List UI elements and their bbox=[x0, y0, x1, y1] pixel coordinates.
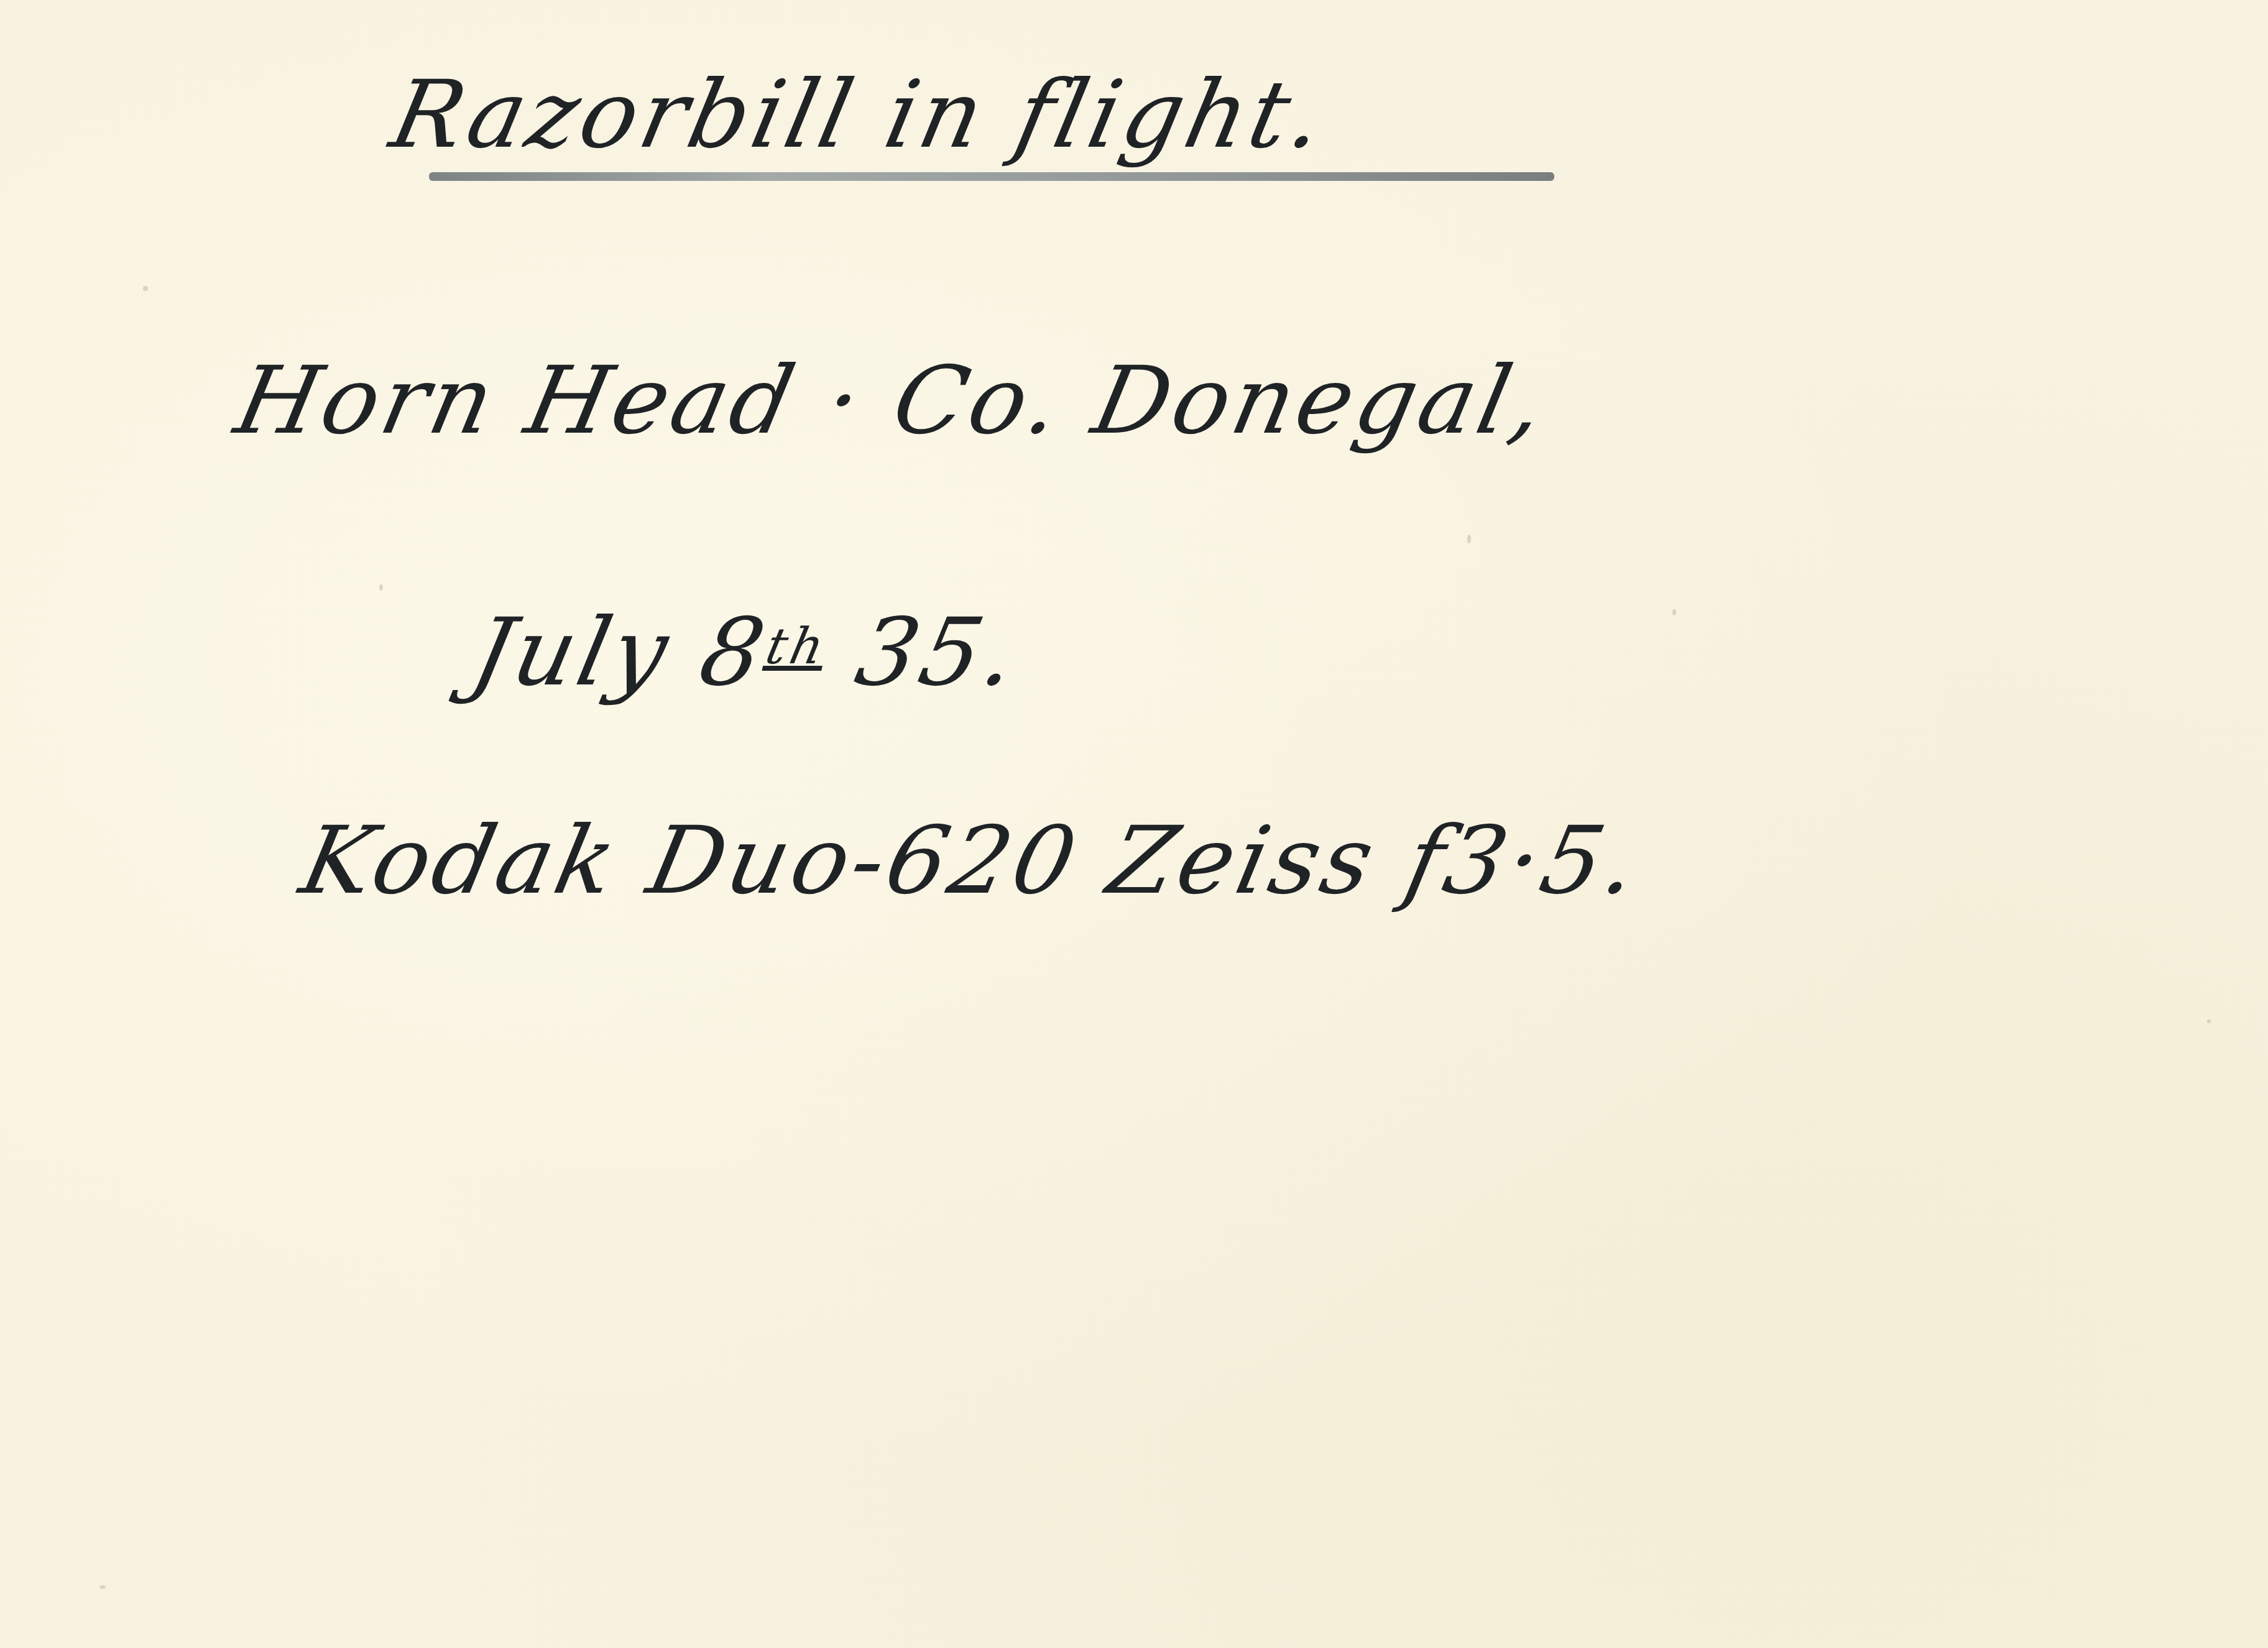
title-underline bbox=[429, 172, 1554, 181]
paper-speck bbox=[1672, 609, 1676, 615]
handwritten-card: Razorbill in flight. Horn Head · Co. Don… bbox=[0, 0, 2268, 1648]
note-date: July 8th 35. bbox=[463, 600, 1030, 706]
date-day: 8th bbox=[691, 599, 837, 707]
note-location: Horn Head · Co. Donegal, bbox=[227, 348, 1557, 454]
date-day-suffix: th bbox=[761, 617, 832, 675]
paper-speck bbox=[143, 286, 148, 291]
paper-speck bbox=[2207, 1020, 2211, 1023]
note-camera: Kodak Duo-620 Zeiss f3·5. bbox=[292, 808, 1651, 914]
paper-speck bbox=[1467, 535, 1471, 543]
date-year: 35. bbox=[847, 599, 1030, 707]
note-title: Razorbill in flight. bbox=[382, 62, 1337, 168]
paper-speck bbox=[379, 584, 383, 591]
paper-speck bbox=[99, 1585, 106, 1589]
date-month: July bbox=[463, 599, 681, 707]
